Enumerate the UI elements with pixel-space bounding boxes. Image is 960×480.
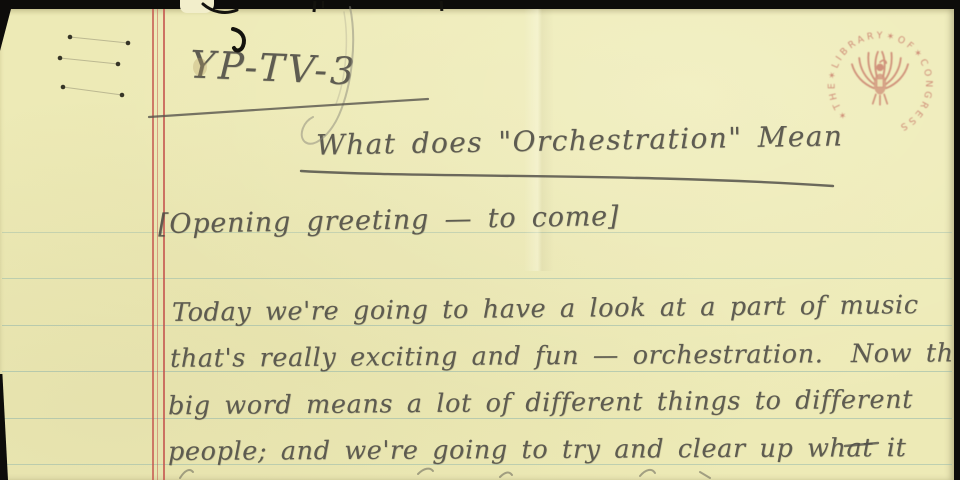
torn-paper-fragment — [180, 0, 214, 13]
scan-edge-top — [0, 0, 960, 9]
library-stamp: ✶THE✶LIBRARY✶OF✶CONGRESS — [826, 30, 934, 138]
scanned-document: YP-TV-3 What does "Orchestration" Mean [… — [0, 0, 960, 480]
heading-code: YP-TV-3 — [189, 42, 358, 93]
body-line: Today we're going to have a look at a pa… — [172, 290, 919, 328]
margin-line — [157, 9, 158, 480]
margin-line — [152, 9, 154, 480]
body-line: people; and we're going to try and clear… — [168, 433, 907, 467]
page-title: What does "Orchestration" Mean — [316, 119, 844, 161]
ruled-line — [2, 325, 952, 326]
margin-line — [163, 9, 165, 480]
scan-edge-right — [954, 0, 960, 480]
ruled-line — [2, 278, 952, 279]
body-line: big word means a lot of different things… — [168, 385, 913, 422]
legal-pad-page: YP-TV-3 What does "Orchestration" Mean [… — [0, 9, 954, 480]
eagle-icon — [852, 52, 908, 105]
body-line: that's really exciting and fun — orchest… — [170, 338, 960, 374]
